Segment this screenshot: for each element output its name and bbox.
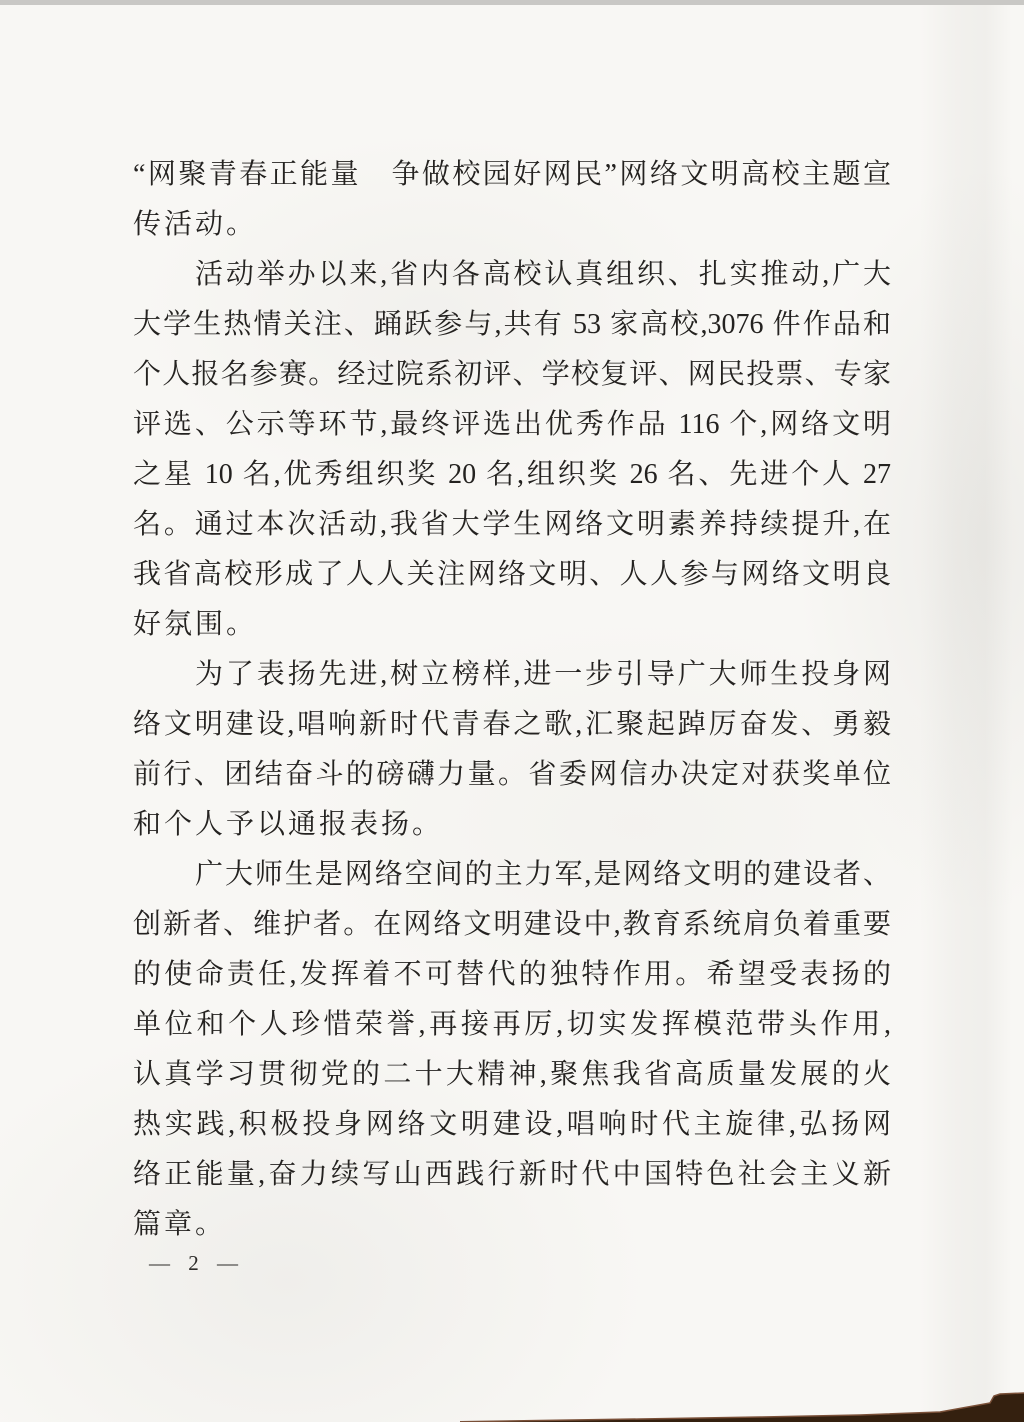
document-line: 名。通过本次活动,我省大学生网络文明素养持续提升,在	[133, 500, 891, 550]
document-line: 传活动。	[133, 200, 891, 250]
document-line: 活动举办以来,省内各高校认真组织、扎实推动,广大	[133, 250, 891, 300]
document-line: 之星 10 名,优秀组织奖 20 名,组织奖 26 名、先进个人 27	[133, 450, 891, 500]
document-line: 前行、团结奋斗的磅礴力量。省委网信办决定对获奖单位	[133, 750, 891, 800]
document-line: 认真学习贯彻党的二十大精神,聚焦我省高质量发展的火	[133, 1050, 891, 1100]
document-line: 大学生热情关注、踊跃参与,共有 53 家高校,3076 件作品和	[133, 300, 891, 350]
document-line: 广大师生是网络空间的主力军,是网络文明的建设者、	[133, 850, 891, 900]
scan-shadow-bottom-wedge	[0, 1390, 1024, 1422]
scan-edge-top-strip	[0, 0, 1024, 5]
document-body: “网聚青春正能量 争做校园好网民”网络文明高校主题宣传活动。活动举办以来,省内各…	[133, 150, 891, 1250]
document-line: 单位和个人珍惜荣誉,再接再厉,切实发挥模范带头作用,	[133, 1000, 891, 1050]
document-line: 个人报名参赛。经过院系初评、学校复评、网民投票、专家	[133, 350, 891, 400]
document-line: 络正能量,奋力续写山西践行新时代中国特色社会主义新	[133, 1150, 891, 1200]
document-line: 我省高校形成了人人关注网络文明、人人参与网络文明良	[133, 550, 891, 600]
document-line: 的使命责任,发挥着不可替代的独特作用。希望受表扬的	[133, 950, 891, 1000]
document-line: 好氛围。	[133, 600, 891, 650]
document-line: 络文明建设,唱响新时代青春之歌,汇聚起踔厉奋发、勇毅	[133, 700, 891, 750]
document-line: 篇章。	[133, 1200, 891, 1250]
document-line: “网聚青春正能量 争做校园好网民”网络文明高校主题宣	[133, 150, 891, 200]
document-line: 创新者、维护者。在网络文明建设中,教育系统肩负着重要	[133, 900, 891, 950]
document-line: 评选、公示等环节,最终评选出优秀作品 116 个,网络文明	[133, 400, 891, 450]
document-line: 热实践,积极投身网络文明建设,唱响时代主旋律,弘扬网	[133, 1100, 891, 1150]
scanned-document-page: { "colors": { "paper": "#f8f7f4", "ink":…	[0, 0, 1024, 1422]
document-line: 为了表扬先进,树立榜样,进一步引导广大师生投身网	[133, 650, 891, 700]
page-number: — 2 —	[149, 1251, 240, 1276]
document-line: 和个人予以通报表扬。	[133, 800, 891, 850]
